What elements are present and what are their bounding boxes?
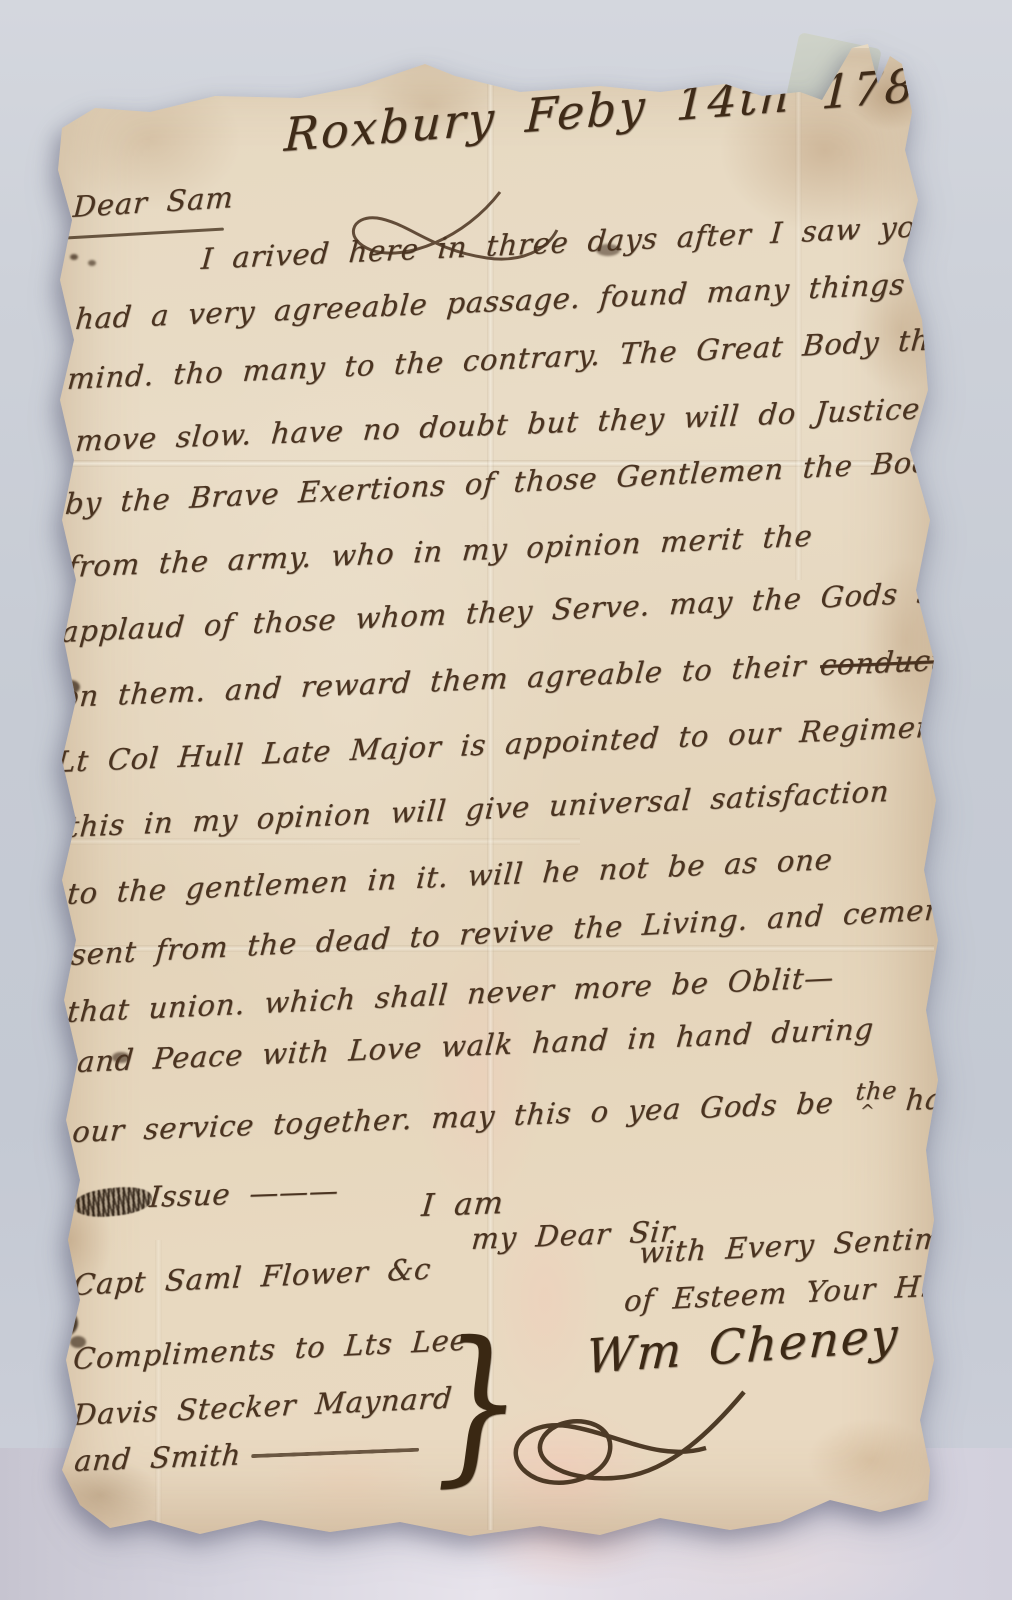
struck-word: conduct xyxy=(819,643,945,682)
closing-i-am: I am xyxy=(420,1185,505,1224)
inserted-word-wrap: ^the xyxy=(852,1111,886,1112)
postscript-brace: } xyxy=(430,1304,526,1502)
line-text: happy xyxy=(904,1079,1000,1117)
letter-paper: Roxbury Feby 14th 1780 Dear Sam I arived… xyxy=(0,0,1012,1600)
ink-dot xyxy=(70,254,78,260)
vertical-fold-crease xyxy=(795,60,802,580)
manuscript-line: Issue ——— xyxy=(148,1173,340,1214)
paper-wrap: Roxbury Feby 14th 1780 Dear Sam I arived… xyxy=(0,0,1012,1600)
inserted-word: the xyxy=(854,1076,898,1106)
ink-dot xyxy=(88,260,96,266)
ink-blot xyxy=(42,1308,78,1338)
line-text: and Smith xyxy=(73,1437,243,1478)
postscript-rule xyxy=(251,1448,419,1458)
letter-photo: { "photo": { "backdrop_top_color": "#d4d… xyxy=(0,0,1012,1600)
